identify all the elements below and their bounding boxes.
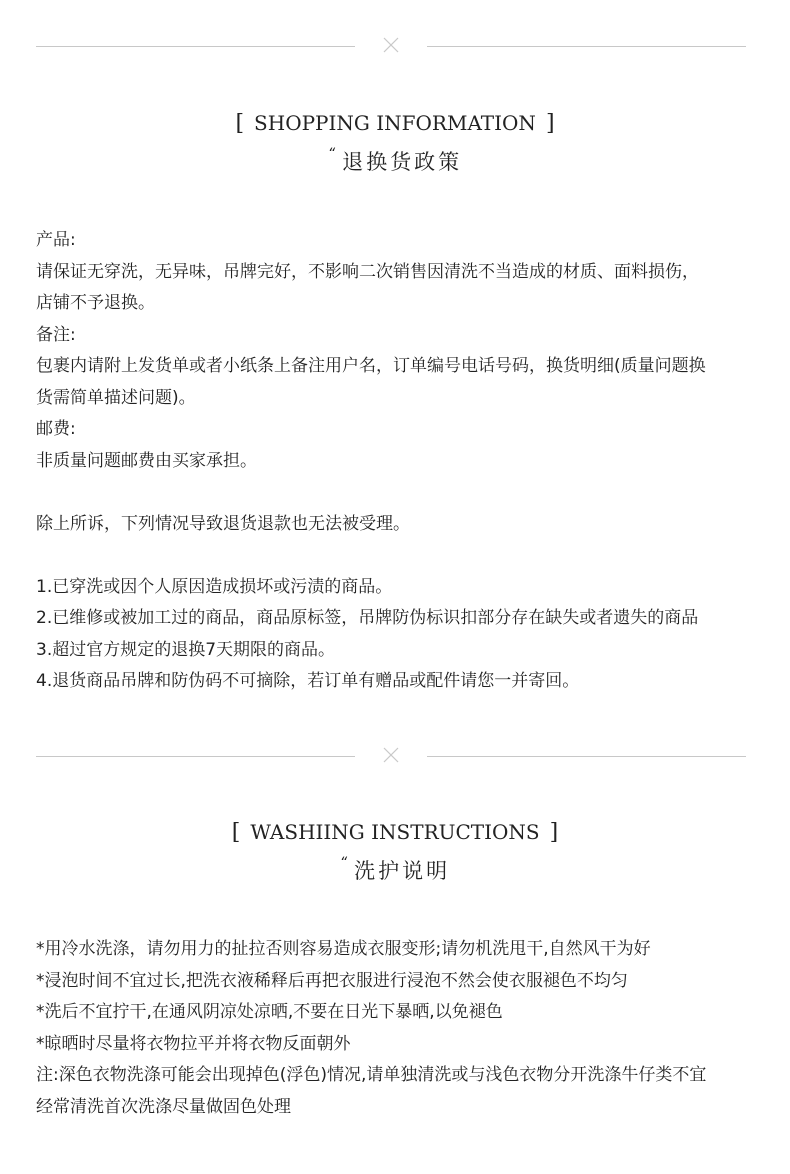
section-divider xyxy=(36,37,746,57)
exclusion-item: 1.已穿洗或因个人原因造成损坏或污渍的商品。 xyxy=(36,572,756,604)
bracket-open: [ xyxy=(235,111,244,136)
instruction-line: *洗后不宜拧干,在通风阴凉处凉晒,不要在日光下暴晒,以免褪色 xyxy=(36,997,756,1029)
x-icon xyxy=(383,37,399,53)
bracket-close: ] xyxy=(550,820,559,845)
bracket-open: [ xyxy=(232,820,241,845)
washing-title-cn: “洗护说明 xyxy=(0,855,790,885)
spacer xyxy=(36,477,756,509)
label-product: 产品: xyxy=(36,225,756,257)
quote-mark: “ xyxy=(328,146,338,162)
shopping-title-cn-text: 退换货政策 xyxy=(342,150,462,174)
exclusion-item: 3.超过官方规定的退换7天期限的商品。 xyxy=(36,635,756,667)
shopping-title-cn: “退换货政策 xyxy=(0,146,790,176)
instruction-note: 经常清洗首次洗涤尽量做固色处理 xyxy=(36,1092,756,1124)
instruction-line: *用冷水洗涤，请勿用力的扯拉否则容易造成衣服变形;请勿机洗甩干,自然风干为好 xyxy=(36,934,756,966)
x-icon xyxy=(383,747,399,763)
washing-instructions-text: *用冷水洗涤，请勿用力的扯拉否则容易造成衣服变形;请勿机洗甩干,自然风干为好 *… xyxy=(36,934,756,1123)
policy-line: 非质量问题邮费由买家承担。 xyxy=(36,446,756,478)
exclusion-item: 4.退货商品吊牌和防伪码不可摘除，若订单有赠品或配件请您一并寄回。 xyxy=(36,666,756,698)
shopping-title-en-text: SHOPPING INFORMATION xyxy=(254,111,536,135)
spacer xyxy=(36,540,756,572)
shopping-title-en: [SHOPPING INFORMATION] xyxy=(0,111,790,136)
divider-line-left xyxy=(36,46,355,47)
divider-line-right xyxy=(427,756,746,757)
label-note: 备注: xyxy=(36,320,756,352)
washing-title-en: [WASHIING INSTRUCTIONS] xyxy=(0,820,790,845)
quote-mark: “ xyxy=(340,855,350,871)
instruction-note: 注:深色衣物洗涤可能会出现掉色(浮色)情况,请单独清洗或与浅色衣物分开洗涤牛仔类… xyxy=(36,1060,756,1092)
section-divider xyxy=(36,747,746,767)
shopping-policy-text: 产品: 请保证无穿洗，无异味，吊牌完好，不影响二次销售因清洗不当造成的材质、面料… xyxy=(36,225,756,698)
divider-line-left xyxy=(36,756,355,757)
washing-title-cn-text: 洗护说明 xyxy=(354,859,450,883)
policy-line: 包裹内请附上发货单或者小纸条上备注用户名，订单编号电话号码，换货明细(质量问题换 xyxy=(36,351,756,383)
washing-title-en-text: WASHIING INSTRUCTIONS xyxy=(250,820,539,844)
policy-line: 店铺不予退换。 xyxy=(36,288,756,320)
bracket-close: ] xyxy=(546,111,555,136)
instruction-line: *晾晒时尽量将衣物拉平并将衣物反面朝外 xyxy=(36,1029,756,1061)
exclusion-item: 2.已维修或被加工过的商品，商品原标签，吊牌防伪标识扣部分存在缺失或者遗失的商品 xyxy=(36,603,756,635)
label-postage: 邮费: xyxy=(36,414,756,446)
instruction-line: *浸泡时间不宜过长,把洗衣液稀释后再把衣服进行浸泡不然会使衣服褪色不均匀 xyxy=(36,966,756,998)
divider-line-right xyxy=(427,46,746,47)
policy-line: 货需简单描述问题)。 xyxy=(36,383,756,415)
policy-line: 请保证无穿洗，无异味，吊牌完好，不影响二次销售因清洗不当造成的材质、面料损伤， xyxy=(36,257,756,289)
policy-line: 除上所诉，下列情况导致退货退款也无法被受理。 xyxy=(36,509,756,541)
